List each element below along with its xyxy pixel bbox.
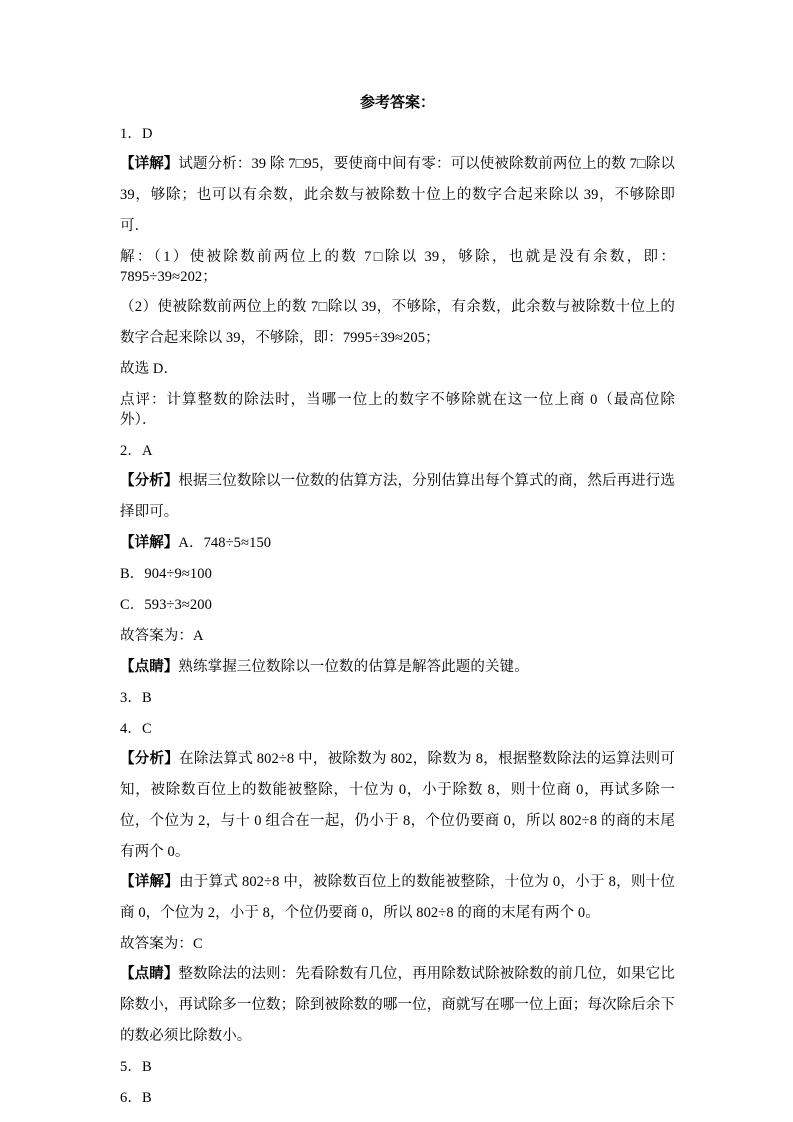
answer-5: 5．B bbox=[120, 1057, 675, 1077]
detail-line-2b: B．904÷9≈100 bbox=[120, 564, 675, 584]
analysis-paragraph-4: 【分析】在除法算式 802÷8 中，被除数为 802，除数为 8，根据整数除法的… bbox=[120, 744, 675, 868]
answer-key-page: 参考答案： 1．D 【详解】试题分析：39 除 7□95，要使商中间有零：可以使… bbox=[120, 93, 675, 1119]
section-tag: 【点睛】 bbox=[120, 659, 178, 675]
final-answer-2: 故答案为：A bbox=[120, 626, 675, 646]
section-tag: 【点睛】 bbox=[120, 966, 178, 982]
paragraph-text: 整数除法的法则：先看除数有几位，再用除数试除被除数的前几位，如果它比除数小，再试… bbox=[120, 966, 675, 1044]
answer-2: 2．A bbox=[120, 441, 675, 461]
answer-1: 1．D bbox=[120, 124, 675, 144]
section-tag: 【分析】 bbox=[120, 751, 179, 767]
comment-line: 点评：计算整数的除法时，当哪一位上的数字不够除就在这一位上商 0（最高位除外）． bbox=[120, 390, 675, 430]
answer-6: 6．B bbox=[120, 1088, 675, 1108]
paragraph-text: A．748÷5≈150 bbox=[178, 535, 271, 551]
analysis-paragraph-2: 【分析】根据三位数除以一位数的估算方法，分别估算出每个算式的商，然后再进行选择即… bbox=[120, 466, 675, 528]
answer-3: 3．B bbox=[120, 688, 675, 708]
detail-paragraph-1: 【详解】试题分析：39 除 7□95，要使商中间有零：可以使被除数前两位上的数 … bbox=[120, 149, 675, 242]
remark-paragraph-2: 【点睛】熟练掌握三位数除以一位数的估算是解答此题的关键。 bbox=[120, 657, 675, 677]
section-tag: 【详解】 bbox=[120, 874, 179, 890]
section-tag: 【详解】 bbox=[120, 535, 178, 551]
section-tag: 【详解】 bbox=[120, 156, 178, 172]
answer-4: 4．C bbox=[120, 719, 675, 739]
solution-step-2: （2）使被除数前两位上的数 7□除以 39，不够除，有余数，此余数与被除数十位上… bbox=[120, 292, 675, 354]
choice-line: 故选 D． bbox=[120, 359, 675, 379]
paragraph-text: 试题分析：39 除 7□95，要使商中间有零：可以使被除数前两位上的数 7□除以… bbox=[120, 156, 675, 234]
solution-step-1: 解：（1）使被除数前两位上的数 7□除以 39，够除，也就是没有余数，即：789… bbox=[120, 247, 675, 287]
paragraph-text: 熟练掌握三位数除以一位数的估算是解答此题的关键。 bbox=[178, 659, 528, 675]
detail-line-2a: 【详解】A．748÷5≈150 bbox=[120, 533, 675, 553]
detail-line-2c: C．593÷3≈200 bbox=[120, 595, 675, 615]
final-answer-4: 故答案为：C bbox=[120, 934, 675, 954]
paragraph-text: 在除法算式 802÷8 中，被除数为 802，除数为 8，根据整数除法的运算法则… bbox=[120, 751, 675, 860]
detail-paragraph-4: 【详解】由于算式 802÷8 中，被除数百位上的数能被整除，十位为 0，小于 8… bbox=[120, 867, 675, 929]
section-tag: 【分析】 bbox=[120, 473, 178, 489]
paragraph-text: 由于算式 802÷8 中，被除数百位上的数能被整除，十位为 0，小于 8，则十位… bbox=[120, 874, 675, 921]
remark-paragraph-4: 【点睛】整数除法的法则：先看除数有几位，再用除数试除被除数的前几位，如果它比除数… bbox=[120, 959, 675, 1052]
paragraph-text: 根据三位数除以一位数的估算方法，分别估算出每个算式的商，然后再进行选择即可。 bbox=[120, 473, 675, 520]
page-title: 参考答案： bbox=[120, 93, 675, 124]
